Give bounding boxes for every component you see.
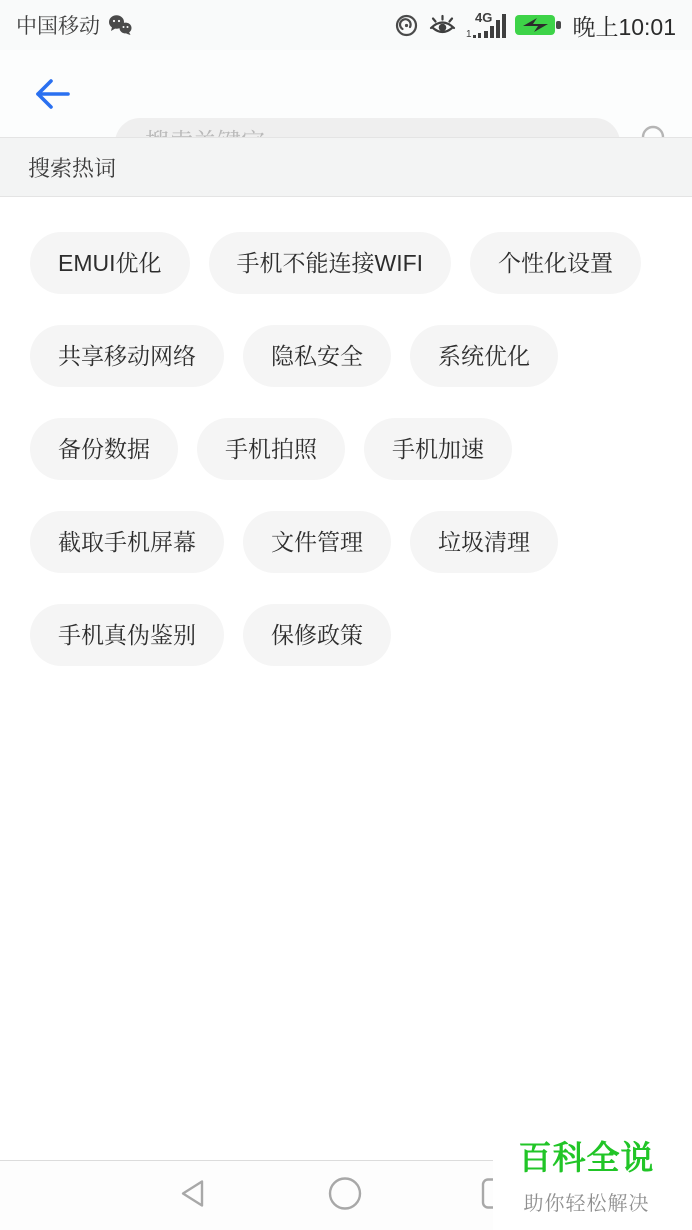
eye-comfort-icon bbox=[427, 13, 458, 38]
svg-text:1: 1 bbox=[466, 29, 472, 40]
hot-word-chip[interactable]: 手机真伪鉴别 bbox=[30, 604, 224, 666]
chip-row: 共享移动网络 隐私安全 系统优化 bbox=[30, 325, 668, 387]
hot-word-chip[interactable]: 系统优化 bbox=[410, 325, 558, 387]
section-header: 搜索热词 bbox=[0, 137, 692, 197]
hot-word-chip[interactable]: 截取手机屏幕 bbox=[30, 511, 224, 573]
carrier-label: 中国移动 bbox=[16, 10, 100, 40]
hot-words-list: EMUI优化 手机不能连接WIFI 个性化设置 共享移动网络 隐私安全 系统优化… bbox=[0, 197, 692, 697]
status-bar-left: 中国移动 bbox=[16, 10, 133, 40]
hot-word-chip[interactable]: 手机不能连接WIFI bbox=[209, 232, 452, 294]
hot-word-chip[interactable]: 文件管理 bbox=[243, 511, 391, 573]
hot-word-chip[interactable]: 个性化设置 bbox=[470, 232, 641, 294]
battery-charging-icon bbox=[514, 12, 562, 38]
section-title: 搜索热词 bbox=[28, 152, 116, 183]
watermark-subtitle: 助你轻松解决 bbox=[493, 1187, 680, 1216]
back-triangle-icon bbox=[178, 1196, 208, 1213]
hot-word-chip[interactable]: 备份数据 bbox=[30, 418, 178, 480]
chip-row: 截取手机屏幕 文件管理 垃圾清理 bbox=[30, 511, 668, 573]
hot-word-chip[interactable]: EMUI优化 bbox=[30, 232, 190, 294]
hot-word-chip[interactable]: 手机拍照 bbox=[197, 418, 345, 480]
hot-word-chip[interactable]: 垃圾清理 bbox=[410, 511, 558, 573]
hot-word-chip[interactable]: 共享移动网络 bbox=[30, 325, 224, 387]
hot-word-chip[interactable]: 保修政策 bbox=[243, 604, 391, 666]
back-button[interactable] bbox=[30, 76, 74, 112]
back-arrow-icon bbox=[30, 99, 74, 116]
chip-row: 手机真伪鉴别 保修政策 bbox=[30, 604, 668, 666]
phone-screen: 中国移动 bbox=[0, 0, 692, 1230]
svg-text:4G: 4G bbox=[475, 10, 492, 25]
watermark-overlay: 百科全说 助你轻松解决 bbox=[493, 1122, 692, 1230]
nav-back-button[interactable] bbox=[178, 1177, 208, 1214]
status-bar-right: 4G 1 晚上10:01 bbox=[393, 9, 676, 42]
status-bar: 中国移动 bbox=[0, 0, 692, 50]
home-circle-icon bbox=[327, 1198, 363, 1215]
signal-bars-icon: 4G 1 bbox=[465, 10, 507, 40]
search-header bbox=[0, 50, 692, 137]
chip-row: 备份数据 手机拍照 手机加速 bbox=[30, 418, 668, 480]
hot-word-chip[interactable]: 手机加速 bbox=[364, 418, 512, 480]
nav-home-button[interactable] bbox=[327, 1175, 363, 1216]
hot-word-chip[interactable]: 隐私安全 bbox=[243, 325, 391, 387]
hotspot-icon bbox=[393, 12, 420, 39]
wechat-notification-icon bbox=[107, 14, 133, 36]
chip-row: EMUI优化 手机不能连接WIFI 个性化设置 bbox=[30, 232, 668, 294]
clock-label: 晚上10:01 bbox=[572, 9, 676, 42]
watermark-title: 百科全说 bbox=[493, 1132, 680, 1179]
